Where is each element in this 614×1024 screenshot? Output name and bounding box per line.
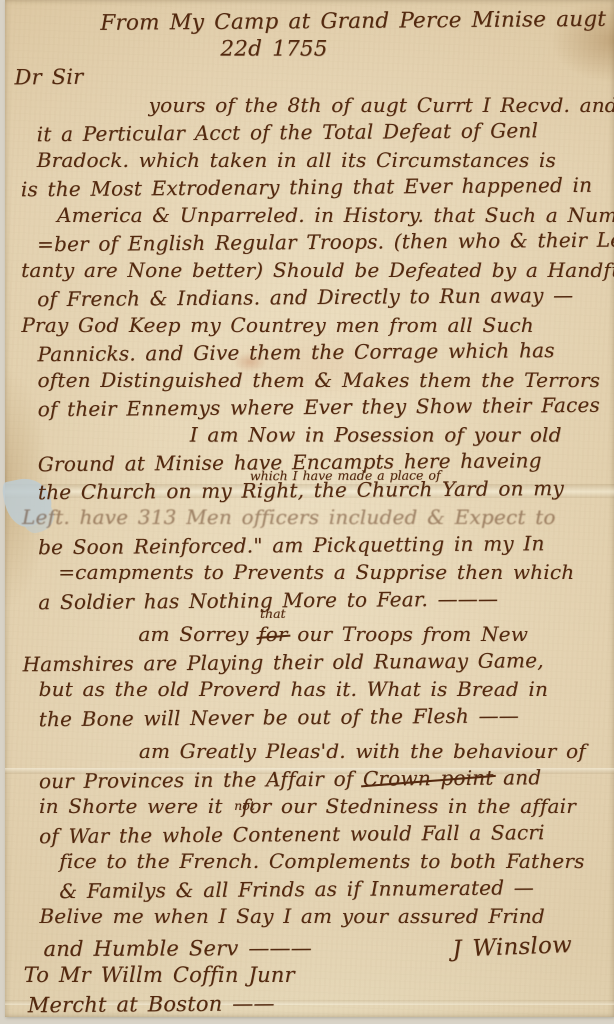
address-line: Mercht at Boston ——	[28, 987, 606, 1019]
address-line: To Mr Willm Coffin Junr	[24, 962, 606, 990]
manuscript-line-faded: Left. have 313 Men officers included & E…	[22, 504, 604, 531]
manuscript-line: often Distinguished them & Makes them th…	[38, 366, 604, 393]
manuscript-line: is the Most Extrodenary thing that Ever …	[21, 172, 603, 204]
manuscript-line: the Church on my Right, the Church Yard …	[38, 474, 604, 506]
line-segment-pre: am Sorrey	[138, 622, 258, 646]
manuscript-line: but as the old Proverd has it. What is B…	[39, 676, 605, 704]
manuscript-line: of their Ennemys where Ever they Show th…	[38, 392, 604, 424]
manuscript-line: the Bone will Never be out of the Flesh …	[39, 701, 605, 733]
manuscript-line-with-edit: in Shorte were it not for our Stedniness…	[39, 793, 605, 821]
manuscript-line: tanty are None better) Should be Defeate…	[21, 257, 603, 285]
line-segment-post: and	[493, 765, 541, 789]
signature: J Winslow	[452, 932, 572, 964]
manuscript-line: =ber of English Regular Troops. (then wh…	[37, 227, 603, 259]
manuscript-line: Pannicks. and Give them the Corrage whic…	[37, 337, 603, 369]
line-segment-post: our Troops from New	[288, 622, 528, 646]
manuscript-line: Bradock. which taken in all its Circumst…	[37, 146, 603, 174]
edited-word-wrap: forthat	[258, 621, 288, 649]
letter-heading-line1: From My Camp at Grand Perce Minise augt …	[100, 6, 602, 37]
manuscript-line: =campments to Prevents a Supprise then w…	[58, 559, 604, 587]
manuscript-line: am Greatly Pleas'd. with the behaviour o…	[139, 738, 605, 766]
salutation: Dr Sir	[14, 59, 602, 91]
struck-words: Crown point	[363, 764, 494, 793]
closing-row: and Humble Serv ——— J Winslow	[23, 933, 605, 963]
manuscript-line-with-edit: our Provinces in the Affair of Crown poi…	[39, 763, 605, 795]
manuscript-line: Hamshires are Playing their old Runaway …	[22, 646, 604, 678]
manuscript-photo: { "colors": { "backdrop": "#d8d3c7", "pa…	[0, 0, 614, 1024]
manuscript-line: & Familys & all Frinds as if Innumerated…	[59, 873, 605, 905]
manuscript-line: be Soon Reinforced." am Pickquetting in …	[38, 529, 604, 561]
manuscript-line: of French & Indians. and Directly to Run…	[37, 282, 603, 314]
manuscript-line: I am Now in Posession of your old	[190, 421, 604, 448]
letter-heading-date: 22d 1755	[220, 35, 602, 61]
line-segment-pre: our Provinces in the Affair of	[39, 766, 363, 793]
closing-line: and Humble Serv ———	[43, 935, 311, 963]
line-segment-pre: in Shorte were it	[39, 794, 232, 818]
manuscript-line: Belive me when I Say I am your assured F…	[39, 903, 605, 931]
manuscript-line: of War the whole Contenent would Fall a …	[39, 818, 605, 850]
inserted-word-above: that	[260, 608, 286, 620]
line-segment-post: for our Stedniness in the affair	[232, 794, 576, 818]
letter-text-block: From My Camp at Grand Perce Minise augt …	[20, 7, 606, 1018]
manuscript-line: Pray God Keep my Countrey men from all S…	[21, 312, 603, 339]
struck-word: for	[258, 621, 288, 649]
manuscript-line-with-edit: am Sorrey forthat our Troops from New	[138, 621, 604, 649]
manuscript-line: yours of the 8th of augt Currt I Recvd. …	[149, 91, 603, 119]
inserted-word-above: not	[234, 800, 255, 812]
manuscript-line: a Soldier has Nothing More to Fear. ———	[38, 584, 604, 616]
manuscript-line: it a Perticular Acct of the Total Defeat…	[37, 117, 603, 149]
manuscript-line: fice to the French. Complements to both …	[59, 848, 605, 876]
manuscript-line: America & Unparreled. in History. that S…	[57, 201, 603, 229]
